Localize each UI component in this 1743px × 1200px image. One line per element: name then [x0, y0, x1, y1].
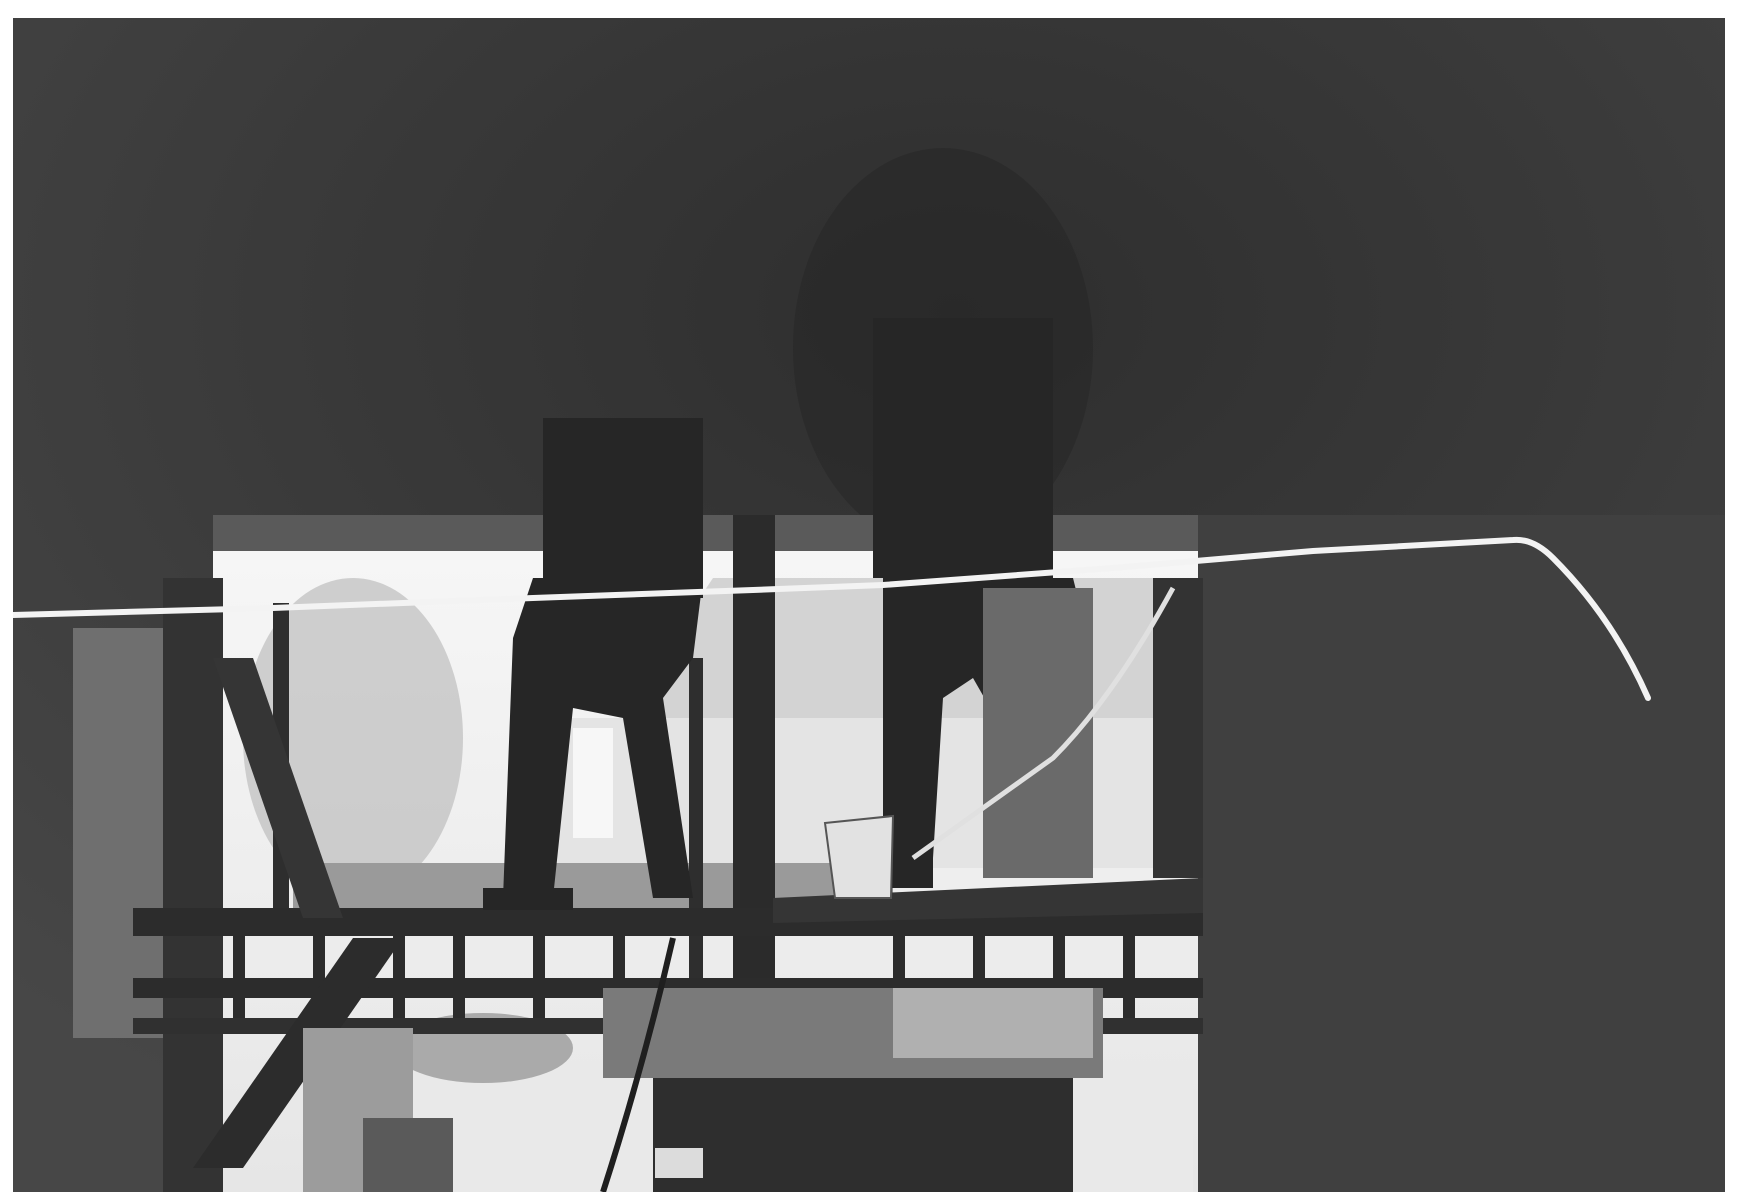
bucket [825, 816, 893, 898]
right-pillar [1198, 515, 1725, 1192]
left-post [163, 578, 223, 1192]
photo-scene [13, 18, 1725, 1192]
photograph: Workers standing on scaffolding inside a… [13, 18, 1725, 1192]
building-window [573, 728, 613, 838]
license-plate [655, 1148, 703, 1178]
left-door-panel [73, 628, 163, 1038]
worker-right [1153, 578, 1203, 878]
